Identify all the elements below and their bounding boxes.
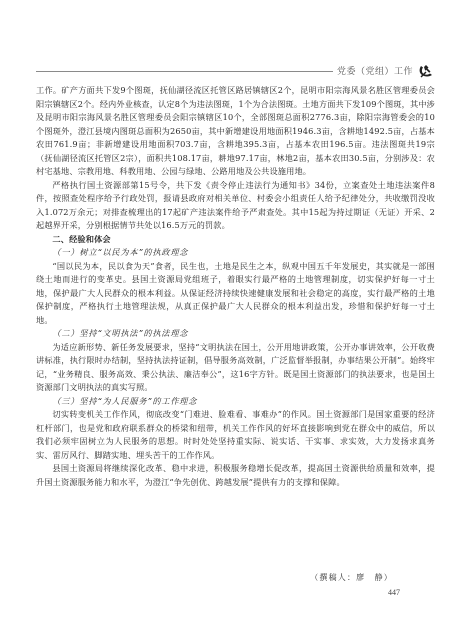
closing-paragraph: 县国土资源局将继续深化改革、稳中求进，积极服务稳增长促改革，提高国土资源供给质量… (36, 462, 435, 489)
party-emblem-icon (418, 63, 434, 77)
subsection-heading: （一）树立“以民为本”的执政理念 (36, 246, 435, 260)
page-number: 447 (388, 588, 400, 597)
subsection-heading: （二）坚持“文明执法”的执法理念 (36, 327, 435, 341)
header-rule (36, 71, 333, 72)
subsection-heading: （三）坚持“为人民服务”的工作理念 (36, 395, 435, 409)
section-title: 党委（党组）工作 (337, 64, 413, 77)
author-credit: （撰稿人：廖 静） (310, 572, 393, 583)
paragraph: 为适应新形势、新任务发展要求，坚持“文明执法在国土，公开用地讲政策，公开办事讲效… (36, 341, 435, 395)
article-body: 工作。矿产方面共下发9个图斑，抚仙湖径流区托管区路居镇辖区2个，昆明市阳宗海风景… (36, 84, 435, 489)
section-heading: 二、经验和体会 (36, 233, 435, 247)
paragraph: 严格执行国土资源部第15号令，共下发《责令停止违法行为通知书》34份，立案查处土… (36, 179, 435, 233)
paragraph: 工作。矿产方面共下发9个图斑，抚仙湖径流区托管区路居镇辖区2个，昆明市阳宗海风景… (36, 84, 435, 179)
running-header: 党委（党组）工作 (36, 60, 434, 80)
paragraph: “国以民为本，民以食为天”食者，民生也，土地是民生之本，纵观中国五千年发展史，其… (36, 260, 435, 328)
paragraph: 切实转变机关工作作风，彻底改变“门难进、脸难看、事难办”的作风。国土资源部门是国… (36, 408, 435, 462)
